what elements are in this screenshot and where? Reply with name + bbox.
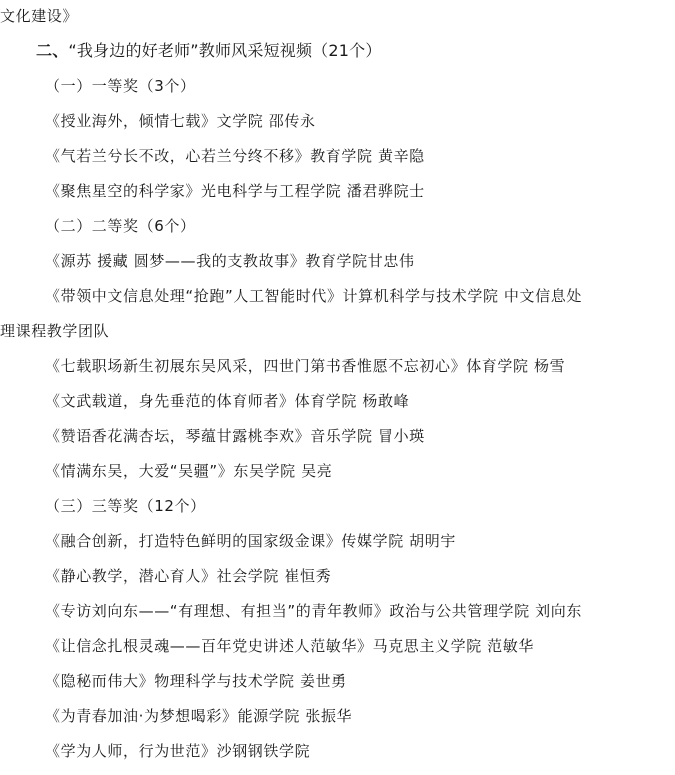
list-item: 《让信念扎根灵魂——百年党史讲述人范敏华》马克思主义学院 范敏华 <box>45 636 534 656</box>
list-item: 《专访刘向东——“有理想、有担当”的青年教师》政治与公共管理学院 刘向东 <box>45 601 582 621</box>
section-heading: 二、“我身边的好老师”教师风采短视频（21个） <box>36 41 382 61</box>
award-heading-first: （一）一等奖（3个） <box>45 76 196 96</box>
list-item: 《源苏 援藏 圆梦——我的支教故事》教育学院甘忠伟 <box>45 251 415 271</box>
list-item: 《气若兰兮长不改，心若兰兮终不移》教育学院 黄辛隐 <box>45 146 425 166</box>
list-item: 《隐秘而伟大》物理科学与技术学院 姜世勇 <box>45 671 347 691</box>
list-item-continuation: 理课程教学团队 <box>0 321 109 341</box>
list-item: 《融合创新，打造特色鲜明的国家级金课》传媒学院 胡明宇 <box>45 531 456 551</box>
list-item: 《七载职场新生初展东吴风采，四世门第书香惟愿不忘初心》体育学院 杨雪 <box>45 356 565 376</box>
section-title: “我身边的好老师”教师风采短视频（21个） <box>68 41 381 60</box>
list-item: 《授业海外，倾情七载》文学院 邵传永 <box>45 111 316 131</box>
list-item: 《静心教学，潜心育人》社会学院 崔恒秀 <box>45 566 331 586</box>
list-item: 《学为人师，行为世范》沙钢钢铁学院 <box>45 741 310 761</box>
continuation-text: 文化建设》 <box>0 6 78 26</box>
list-item: 《文武载道，身先垂范的体育师者》体育学院 杨敢峰 <box>45 391 409 411</box>
list-item: 《带领中文信息处理“抢跑”人工智能时代》计算机科学与技术学院 中文信息处 <box>45 286 582 306</box>
award-heading-third: （三）三等奖（12个） <box>45 496 206 516</box>
list-item: 《情满东吴，大爱“吴疆”》东吴学院 吴亮 <box>45 461 332 481</box>
section-number: 二、 <box>36 41 68 60</box>
list-item: 《为青春加油·为梦想喝彩》能源学院 张振华 <box>45 706 352 726</box>
award-heading-second: （二）二等奖（6个） <box>45 216 196 236</box>
list-item: 《赞语香花满杏坛，琴蕴甘露桃李欢》音乐学院 冒小瑛 <box>45 426 425 446</box>
list-item: 《聚焦星空的科学家》光电科学与工程学院 潘君骅院士 <box>45 181 425 201</box>
